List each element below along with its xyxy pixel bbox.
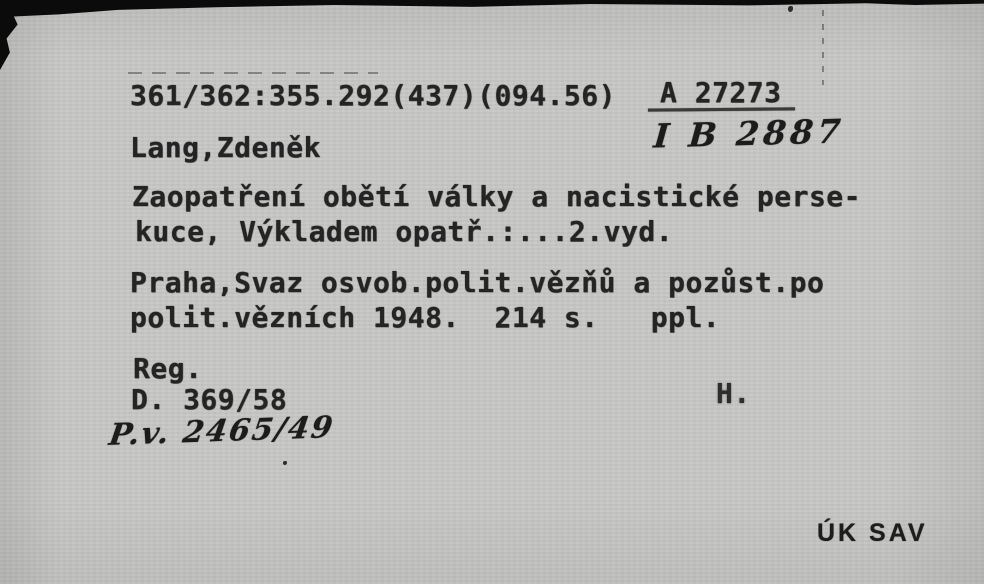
- classification-number: 361/362:355.292(437)(094.56): [130, 79, 616, 112]
- call-number: A 27273: [660, 76, 782, 109]
- record-number: D. 369/58: [131, 383, 287, 416]
- scan-torn-edge-top: [0, 0, 984, 18]
- imprint-line-2: polit.vězních 1948. 214 s. ppl.: [130, 301, 720, 334]
- title-line-1: Zaopatření obětí války a nacistické pers…: [132, 180, 861, 213]
- library-catalog-card: 361/362:355.292(437)(094.56) A 27273 I B…: [0, 0, 984, 584]
- paper-crease: [822, 10, 824, 85]
- imprint-line-1: Praha,Svaz osvob.polit.vězňů a pozůst.po: [130, 266, 824, 299]
- author-name: Lang,Zdeněk: [130, 131, 321, 164]
- title-line-2: kuce, Výkladem opatř.:...2.vyd.: [135, 215, 673, 248]
- accession-number-handwritten: P.v. 2465/49: [107, 410, 337, 453]
- call-number-underline: [648, 107, 795, 111]
- paper-speck: [788, 6, 793, 12]
- pencil-dashes: [128, 72, 378, 74]
- library-stamp: ÚK SAV: [817, 519, 928, 548]
- call-number-handwritten: I B 2887: [652, 112, 846, 156]
- cataloguer-initial: H.: [716, 377, 751, 410]
- paper-speck: [283, 461, 287, 465]
- reg-note: Reg.: [133, 352, 202, 385]
